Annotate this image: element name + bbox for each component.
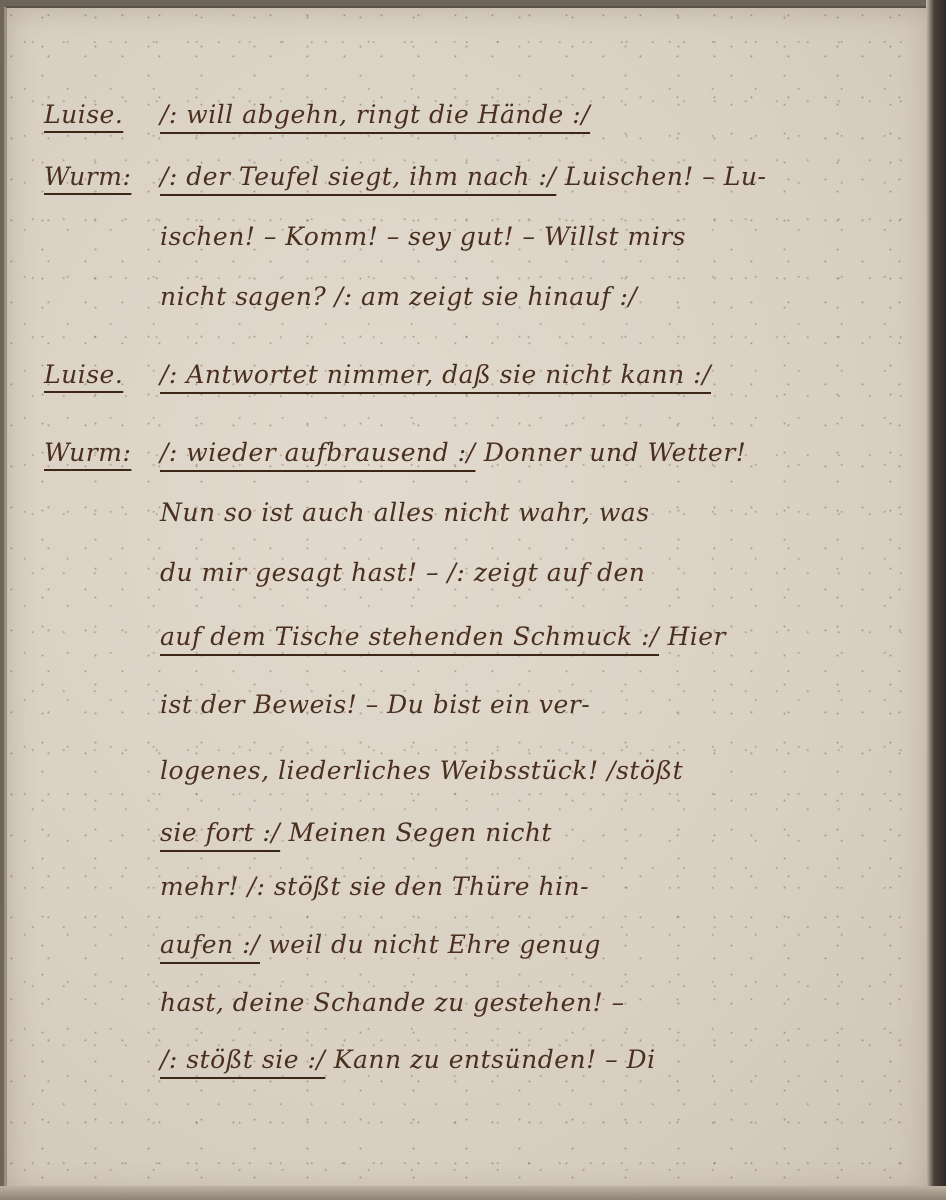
text-line: ischen! – Komm! – sey gut! – Willst mirs bbox=[160, 222, 686, 251]
dialogue-text: Nun so ist auch alles nicht wahr, was bbox=[160, 498, 650, 527]
text-line: du mir gesagt hast! – /: zeigt auf den bbox=[160, 558, 645, 587]
text-line: auf dem Tische stehenden Schmuck :/ Hier bbox=[160, 622, 726, 651]
text-line: Nun so ist auch alles nicht wahr, was bbox=[160, 498, 650, 527]
dialogue-text: Hier bbox=[659, 622, 726, 651]
dialogue-text: ischen! – Komm! – sey gut! – Willst mirs bbox=[160, 222, 686, 251]
stage-direction: aufen :/ bbox=[160, 930, 260, 959]
text-line: mehr! /: stößt sie den Thüre hin- bbox=[160, 872, 589, 901]
speaker-label: Luise. bbox=[44, 360, 123, 389]
dialogue-text: Kann zu entsünden! – Di bbox=[325, 1045, 655, 1074]
speaker-label: Luise. bbox=[44, 100, 123, 129]
dialogue-text: ist der Beweis! – Du bist ein ver- bbox=[160, 690, 590, 719]
stage-direction: /: der Teufel siegt, ihm nach :/ bbox=[160, 162, 556, 191]
stage-direction: auf dem Tische stehenden Schmuck :/ bbox=[160, 622, 659, 651]
text-line: nicht sagen? /: am zeigt sie hinauf :/ bbox=[160, 282, 637, 311]
text-line: /: wieder aufbrausend :/ Donner und Wett… bbox=[160, 438, 746, 467]
text-line: hast, deine Schande zu gestehen! – bbox=[160, 988, 625, 1017]
speaker-label: Wurm: bbox=[44, 438, 131, 467]
text-line: /: der Teufel siegt, ihm nach :/ Luische… bbox=[160, 162, 766, 191]
stage-direction: /: stößt sie :/ bbox=[160, 1045, 325, 1074]
text-line: ist der Beweis! – Du bist ein ver- bbox=[160, 690, 590, 719]
dialogue-text: hast, deine Schande zu gestehen! – bbox=[160, 988, 625, 1017]
stage-direction: sie fort :/ bbox=[160, 818, 280, 847]
dialogue-text: logenes, liederliches Weibsstück! /stößt bbox=[160, 756, 683, 785]
dialogue-text: weil du nicht Ehre genug bbox=[260, 930, 601, 959]
dialogue-text: Meinen Segen nicht bbox=[280, 818, 552, 847]
dialogue-text: du mir gesagt hast! – /: zeigt auf den bbox=[160, 558, 645, 587]
text-line: sie fort :/ Meinen Segen nicht bbox=[160, 818, 552, 847]
manuscript-text: Luise. Wurm: Luise. Wurm: /: will abgehn… bbox=[0, 0, 946, 1200]
dialogue-text: Donner und Wetter! bbox=[475, 438, 746, 467]
stage-direction: /: will abgehn, ringt die Hände :/ bbox=[160, 100, 590, 129]
stage-direction: /: wieder aufbrausend :/ bbox=[160, 438, 475, 467]
dialogue-text: mehr! /: stößt sie den Thüre hin- bbox=[160, 872, 589, 901]
dialogue-text: Luischen! – Lu- bbox=[556, 162, 766, 191]
text-line: logenes, liederliches Weibsstück! /stößt bbox=[160, 756, 683, 785]
text-line: aufen :/ weil du nicht Ehre genug bbox=[160, 930, 601, 959]
text-line: /: Antwortet nimmer, daß sie nicht kann … bbox=[160, 360, 711, 389]
dialogue-text: nicht sagen? /: am zeigt sie hinauf :/ bbox=[160, 282, 637, 311]
stage-direction: /: Antwortet nimmer, daß sie nicht kann … bbox=[160, 360, 711, 389]
text-line: /: stößt sie :/ Kann zu entsünden! – Di bbox=[160, 1045, 656, 1074]
text-line: /: will abgehn, ringt die Hände :/ bbox=[160, 100, 590, 129]
speaker-label: Wurm: bbox=[44, 162, 131, 191]
